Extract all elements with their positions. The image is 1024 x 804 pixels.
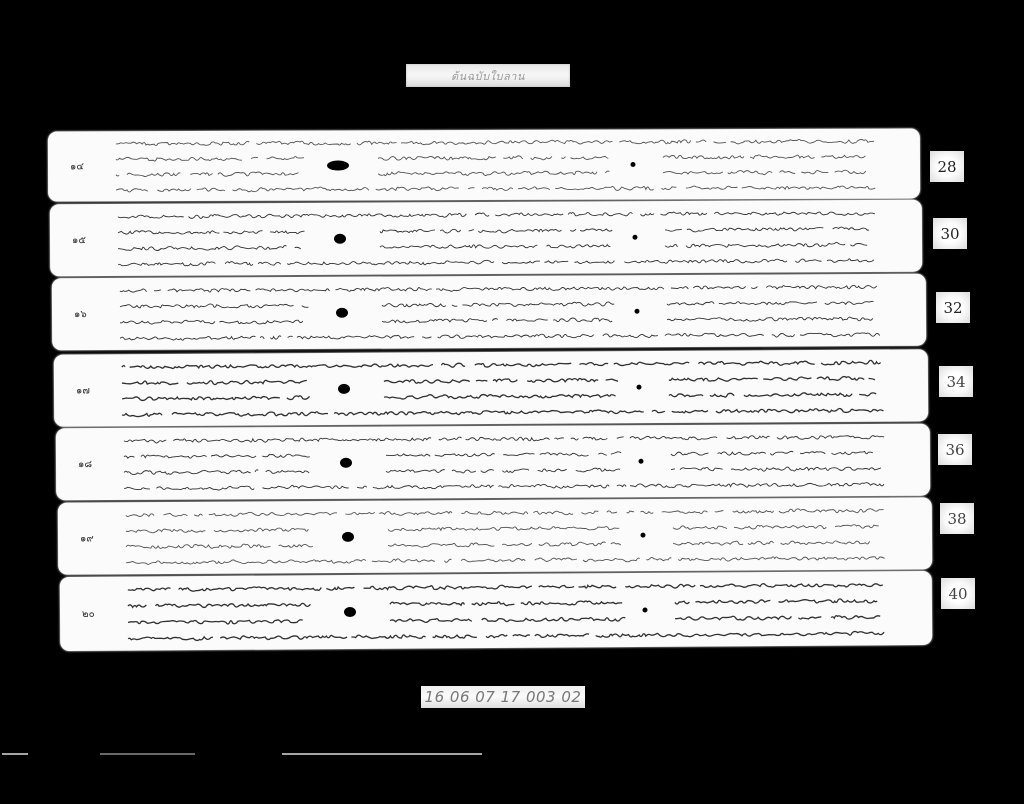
manuscript-script-lines <box>48 128 920 201</box>
page-number-text: 32 <box>943 299 962 317</box>
binding-hole <box>636 385 641 390</box>
page-number-text: 28 <box>937 158 956 176</box>
manuscript-script-lines <box>52 274 926 351</box>
binding-hole <box>630 162 635 167</box>
manuscript-title-label: ต้นฉบับใบลาน <box>406 64 570 87</box>
reel-id-label: 16 06 07 17 003 02 <box>421 686 585 708</box>
page-number-card-28: 28 <box>930 151 964 182</box>
page-number-card-30: 30 <box>933 218 967 249</box>
folio-margin-mark: ๑๙ <box>80 531 94 546</box>
scan-artifact <box>282 753 482 755</box>
reel-id-text: 16 06 07 17 003 02 <box>425 688 582 706</box>
binding-hole <box>327 160 349 170</box>
manuscript-script-lines <box>56 424 930 501</box>
binding-hole <box>340 458 352 468</box>
binding-hole <box>338 384 350 394</box>
page-number-text: 34 <box>946 373 965 391</box>
binding-hole <box>642 607 647 612</box>
binding-hole <box>640 533 645 538</box>
folio-margin-mark: ๑๗ <box>76 383 90 398</box>
manuscript-script-lines <box>60 571 932 651</box>
palm-leaf-page-38: ๑๙ <box>58 497 932 574</box>
page-number-card-32: 32 <box>936 292 970 323</box>
scan-artifact <box>100 753 195 755</box>
binding-hole <box>334 234 346 244</box>
binding-hole <box>632 235 637 240</box>
page-number-text: 30 <box>940 225 959 243</box>
page-number-card-38: 38 <box>940 503 974 534</box>
folio-margin-mark: ๑๔ <box>70 159 84 174</box>
page-number-text: 38 <box>947 510 966 528</box>
binding-hole <box>342 532 354 542</box>
binding-hole <box>634 309 639 314</box>
manuscript-script-lines <box>54 349 928 426</box>
page-number-card-36: 36 <box>938 434 972 465</box>
palm-leaf-page-32: ๑๖ <box>52 274 926 351</box>
palm-leaf-page-40: ๒๐ <box>60 571 932 651</box>
folio-margin-mark: ๑๕ <box>72 233 86 248</box>
manuscript-script-lines <box>50 200 922 277</box>
manuscript-script-lines <box>58 497 932 574</box>
binding-hole <box>638 459 643 464</box>
page-number-card-40: 40 <box>941 578 975 609</box>
palm-leaf-page-34: ๑๗ <box>54 349 928 426</box>
palm-leaf-page-28: ๑๔ <box>48 128 920 201</box>
palm-leaf-page-30: ๑๕ <box>50 200 922 277</box>
manuscript-title-text: ต้นฉบับใบลาน <box>451 67 525 85</box>
page-number-card-34: 34 <box>939 366 973 397</box>
palm-leaf-page-36: ๑๘ <box>56 424 930 501</box>
scan-artifact <box>2 753 28 755</box>
folio-margin-mark: ๑๖ <box>74 307 87 322</box>
binding-hole <box>344 607 356 617</box>
page-number-text: 36 <box>945 441 964 459</box>
binding-hole <box>336 308 348 318</box>
page-number-text: 40 <box>948 585 967 603</box>
folio-margin-mark: ๒๐ <box>82 607 95 622</box>
folio-margin-mark: ๑๘ <box>78 457 92 472</box>
